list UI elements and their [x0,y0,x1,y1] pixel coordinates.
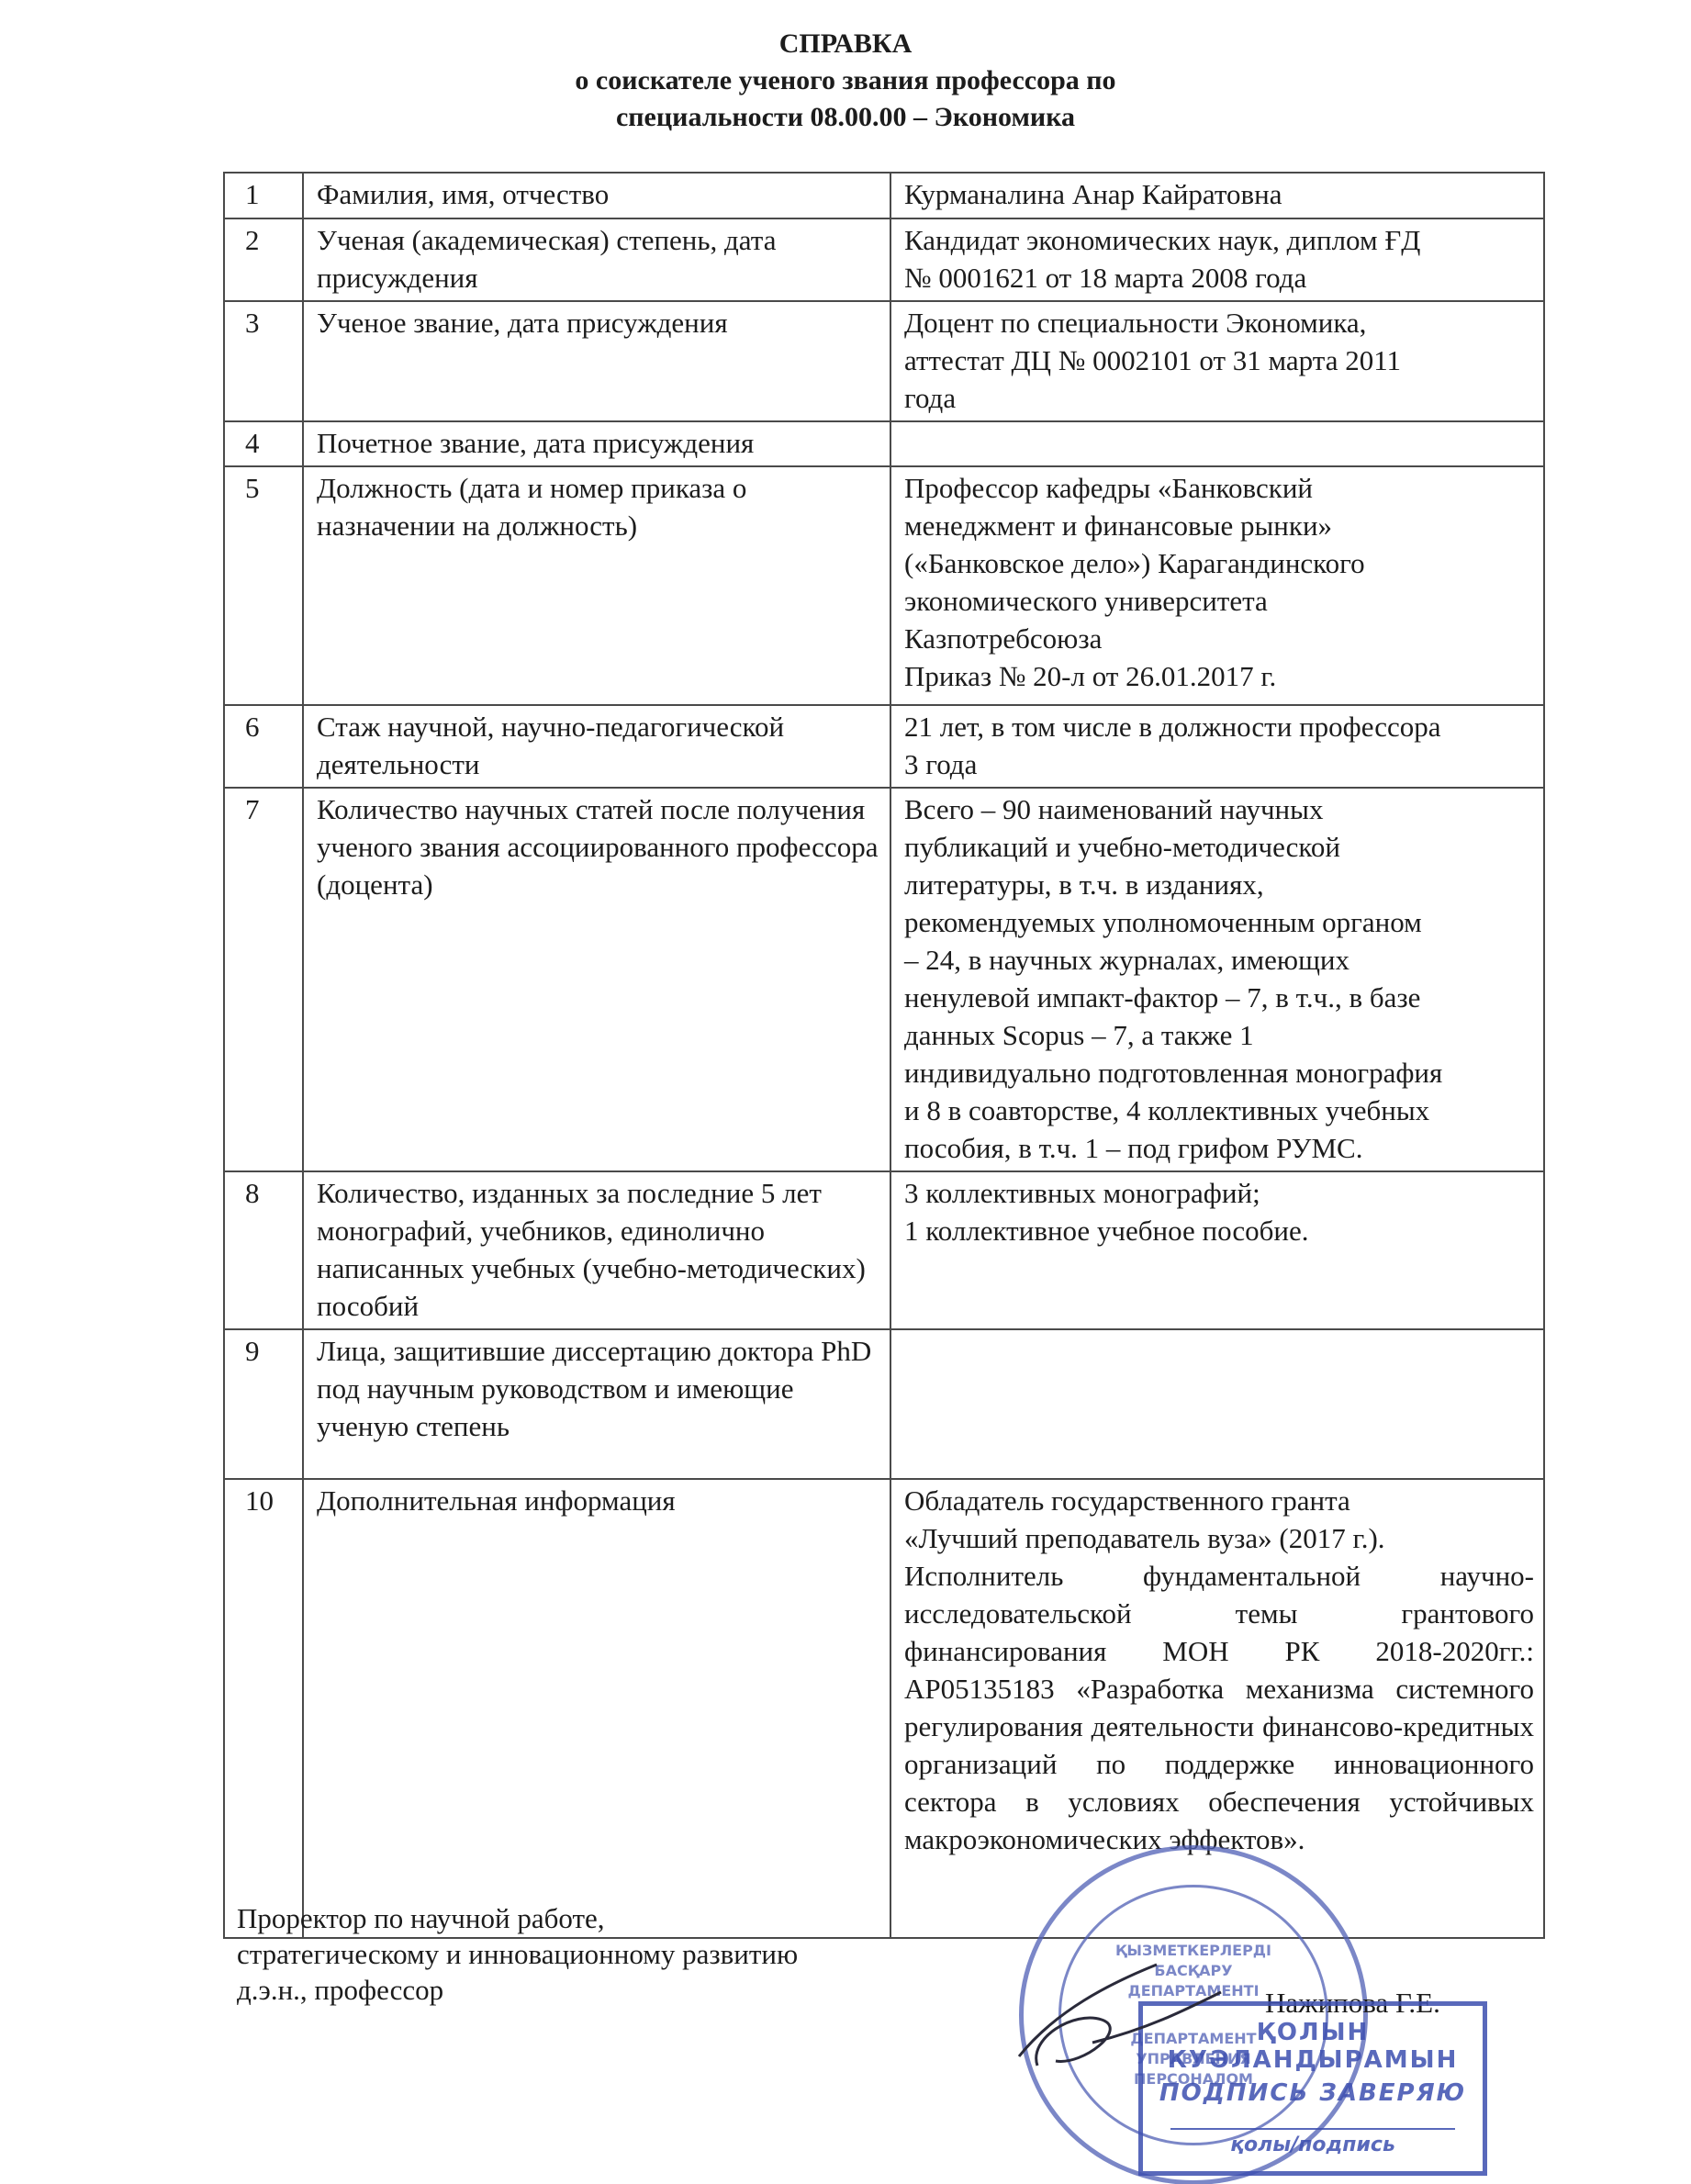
signatory-position-line3: д.э.н., профессор [237,1972,798,2008]
table-row: 1 Фамилия, имя, отчество Курманалина Ана… [224,173,1544,218]
value-line: года [904,379,1534,417]
row-number: 7 [224,788,303,1171]
value-line: Доцент по специальности Экономика, [904,304,1534,342]
signatory-position-line1: Проректор по научной работе, [237,1900,798,1936]
info-table: 1 Фамилия, имя, отчество Курманалина Ана… [223,172,1545,1939]
document-subtitle-line2: специальности 08.00.00 – Экономика [0,99,1691,136]
value-line: Всего – 90 наименований научных [904,790,1534,828]
row-value: Профессор кафедры «Банковский менеджмент… [890,466,1544,705]
value-line: – 24, в научных журналах, имеющих [904,941,1534,979]
value-line: рекомендуемых уполномоченным органом [904,903,1534,941]
value-line: пособия, в т.ч. 1 – под грифом РУМС. [904,1129,1534,1167]
value-line: Профессор кафедры «Банковский [904,469,1534,507]
table-row: 2 Ученая (академическая) степень, дата п… [224,218,1544,301]
value-line: 3 коллективных монографий; [904,1174,1534,1212]
value-line: 21 лет, в том числе в должности профессо… [904,708,1534,745]
signatory-position-line2: стратегическому и инновационному развити… [237,1936,798,1972]
stamp-text: қолы/подпись [1170,2128,1455,2156]
row-label: Фамилия, имя, отчество [303,173,890,218]
value-line: «Лучший преподаватель вуза» (2017 г.). [904,1519,1534,1557]
row-number: 4 [224,421,303,466]
value-line: публикаций и учебно-методической [904,828,1534,866]
row-number: 3 [224,301,303,421]
table-row: 10 Дополнительная информация Обладатель … [224,1479,1544,1938]
value-line: Кандидат экономических наук, диплом ҒД [904,221,1534,259]
value-line: № 0001621 от 18 марта 2008 года [904,259,1534,297]
row-value: Всего – 90 наименований научных публикац… [890,788,1544,1171]
row-label: Ученая (академическая) степень, дата при… [303,218,890,301]
value-line: Казпотребсоюза [904,620,1534,657]
row-number: 10 [224,1479,303,1938]
table-row: 3 Ученое звание, дата присуждения Доцент… [224,301,1544,421]
table-row: 4 Почетное звание, дата присуждения [224,421,1544,466]
table-row: 6 Стаж научной, научно-педагогической де… [224,705,1544,788]
value-line: аттестат ДЦ № 0002101 от 31 марта 2011 [904,342,1534,379]
table-row: 9 Лица, защитившие диссертацию доктора P… [224,1329,1544,1479]
row-number: 2 [224,218,303,301]
table-row: 8 Количество, изданных за последние 5 ле… [224,1171,1544,1329]
row-label: Количество научных статей после получени… [303,788,890,1171]
value-line: индивидуально подготовленная монография [904,1054,1534,1092]
row-label: Лица, защитившие диссертацию доктора PhD… [303,1329,890,1479]
table-row: 7 Количество научных статей после получе… [224,788,1544,1171]
signatory-block: Проректор по научной работе, стратегичес… [237,1900,798,2008]
value-line: литературы, в т.ч. в изданиях, [904,866,1534,903]
value-line: Курманалина Анар Кайратовна [904,175,1534,213]
value-line: 1 коллективное учебное пособие. [904,1212,1534,1249]
table-row: 5 Должность (дата и номер приказа о назн… [224,466,1544,705]
row-value: Курманалина Анар Кайратовна [890,173,1544,218]
value-line: Приказ № 20-л от 26.01.2017 г. [904,657,1534,695]
row-value [890,421,1544,466]
document-subtitle-line1: о соискателе ученого звания профессора п… [0,62,1691,99]
row-label: Ученое звание, дата присуждения [303,301,890,421]
row-number: 5 [224,466,303,705]
row-number: 1 [224,173,303,218]
row-number: 9 [224,1329,303,1479]
row-value: Кандидат экономических наук, диплом ҒД №… [890,218,1544,301]
value-paragraph: Исполнитель фундаментальной научно-иссле… [904,1557,1534,1858]
value-line: Обладатель государственного гранта [904,1482,1534,1519]
handwritten-signature-icon [1001,1955,1239,2084]
value-line: («Банковское дело») Карагандинского [904,544,1534,582]
value-line: и 8 в соавторстве, 4 коллективных учебны… [904,1092,1534,1129]
row-number: 6 [224,705,303,788]
row-value: Доцент по специальности Экономика, аттес… [890,301,1544,421]
document-title: СПРАВКА [0,26,1691,62]
value-line: экономического университета [904,582,1534,620]
row-label: Количество, изданных за последние 5 лет … [303,1171,890,1329]
value-line: менеджмент и финансовые рынки» [904,507,1534,544]
row-label: Стаж научной, научно-педагогической деят… [303,705,890,788]
row-value: 3 коллективных монографий; 1 коллективно… [890,1171,1544,1329]
value-line: 3 года [904,745,1534,783]
row-label: Должность (дата и номер приказа о назнач… [303,466,890,705]
row-label: Дополнительная информация [303,1479,890,1938]
value-line: данных Scopus – 7, а также 1 [904,1016,1534,1054]
row-number: 8 [224,1171,303,1329]
row-value: 21 лет, в том числе в должности профессо… [890,705,1544,788]
row-label: Почетное звание, дата присуждения [303,421,890,466]
row-value [890,1329,1544,1479]
value-line: ненулевой импакт-фактор – 7, в т.ч., в б… [904,979,1534,1016]
